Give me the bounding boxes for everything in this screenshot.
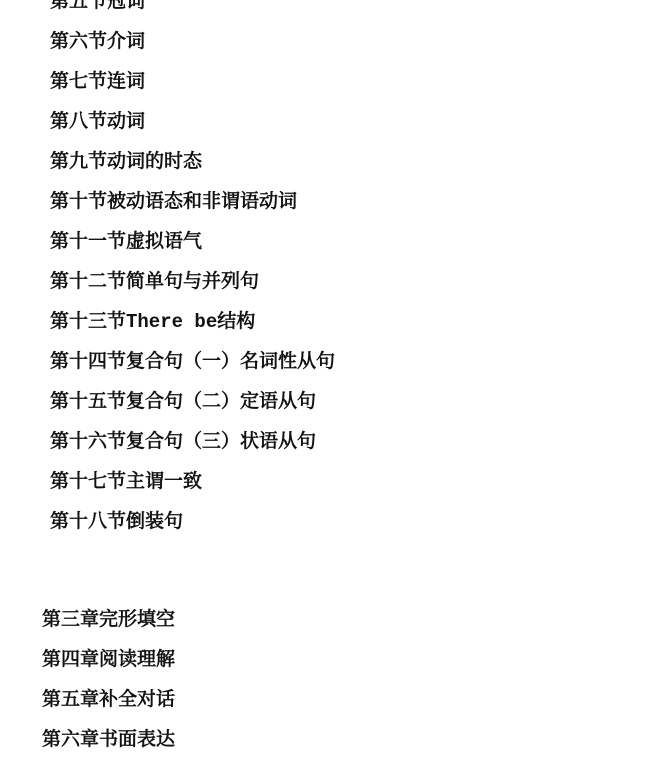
document-page: { "page": { "background_color": "#ffffff…: [0, 0, 666, 775]
toc-entry-section-10: 第十节被动语态和非谓语动词: [50, 182, 335, 222]
toc-entry-section-11: 第十一节虚拟语气: [50, 222, 335, 262]
toc-entry-chapter-4: 第四章阅读理解: [42, 640, 175, 680]
toc-entry-section-7: 第七节连词: [50, 62, 335, 102]
toc-entry-section-8: 第八节动词: [50, 102, 335, 142]
toc-entry-section-5: 第五节冠词: [50, 0, 335, 22]
toc-chapter-list: 第三章完形填空 第四章阅读理解 第五章补全对话 第六章书面表达: [42, 600, 175, 760]
toc-entry-chapter-6: 第六章书面表达: [42, 720, 175, 760]
toc-entry-section-15: 第十五节复合句（二）定语从句: [50, 382, 335, 422]
toc-entry-chapter-3: 第三章完形填空: [42, 600, 175, 640]
toc-entry-section-14: 第十四节复合句（一）名词性从句: [50, 342, 335, 382]
toc-entry-section-9: 第九节动词的时态: [50, 142, 335, 182]
toc-entry-section-18: 第十八节倒装句: [50, 502, 335, 542]
toc-entry-section-6: 第六节介词: [50, 22, 335, 62]
toc-section-list: 第五节冠词 第六节介词 第七节连词 第八节动词 第九节动词的时态 第十节被动语态…: [50, 0, 335, 542]
toc-entry-section-17: 第十七节主谓一致: [50, 462, 335, 502]
toc-entry-section-12: 第十二节简单句与并列句: [50, 262, 335, 302]
toc-entry-section-16: 第十六节复合句（三）状语从句: [50, 422, 335, 462]
toc-entry-section-13: 第十三节There be结构: [50, 302, 335, 342]
toc-entry-chapter-5: 第五章补全对话: [42, 680, 175, 720]
